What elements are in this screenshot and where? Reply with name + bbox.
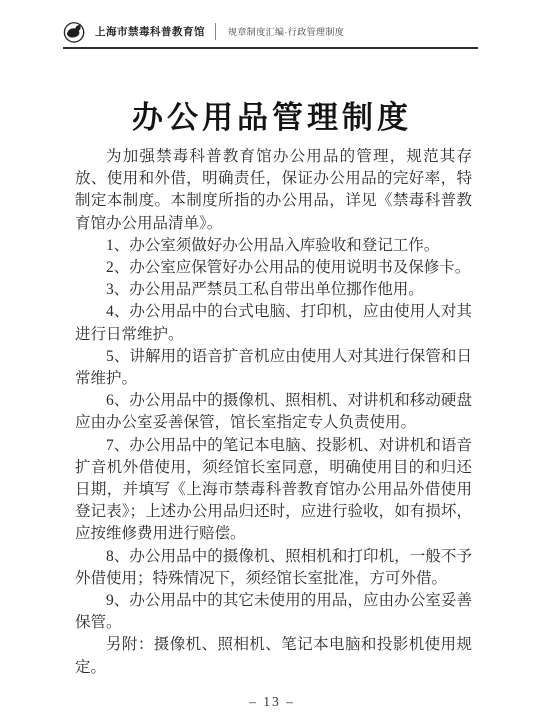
document-body: 为加强禁毒科普教育馆办公用品的管理，规范其存放、使用和外借，明确责任，保证办公用… — [75, 146, 472, 679]
section-label: 规章制度汇编·行政管理制度 — [228, 25, 344, 38]
paragraph-item-5: 5、讲解用的语音扩音机应由使用人对其进行保管和日常维护。 — [75, 346, 472, 390]
paragraph-item-7: 7、办公用品中的笔记本电脑、投影机、对讲机和语音扩音机外借使用，须经馆长室同意，… — [75, 435, 472, 546]
paragraph-item-2: 2、办公室应保管好办公用品的使用说明书及保修卡。 — [75, 257, 472, 279]
paragraph-appendix: 另附：摄像机、照相机、笔记本电脑和投影机使用规定。 — [75, 634, 472, 678]
paragraph-item-6: 6、办公用品中的摄像机、照相机、对讲机和移动硬盘应由办公室妥善保管，馆长室指定专… — [75, 390, 472, 434]
dove-logo-icon — [62, 18, 87, 45]
header-rule — [63, 47, 478, 49]
header-divider — [215, 23, 216, 40]
paragraph-item-3: 3、办公用品严禁员工私自带出单位挪作他用。 — [75, 279, 472, 301]
document-page: 上海市禁毒科普教育馆 规章制度汇编·行政管理制度 办公用品管理制度 为加强禁毒科… — [0, 0, 544, 726]
paragraph-intro: 为加强禁毒科普教育馆办公用品的管理，规范其存放、使用和外借，明确责任，保证办公用… — [75, 146, 472, 235]
page-title: 办公用品管理制度 — [0, 92, 544, 137]
paragraph-item-1: 1、办公室须做好办公用品入库验收和登记工作。 — [75, 235, 472, 257]
paragraph-item-8: 8、办公用品中的摄像机、照相机和打印机，一般不予外借使用；特殊情况下，须经馆长室… — [75, 546, 472, 590]
page-number: – 13 – — [0, 694, 544, 710]
paragraph-item-4: 4、办公用品中的台式电脑、打印机，应由使用人对其进行日常维护。 — [75, 301, 472, 345]
page-header: 上海市禁毒科普教育馆 规章制度汇编·行政管理制度 — [62, 16, 478, 46]
site-name: 上海市禁毒科普教育馆 — [95, 24, 205, 39]
paragraph-item-9: 9、办公用品中的其它未使用的用品，应由办公室妥善保管。 — [75, 590, 472, 634]
